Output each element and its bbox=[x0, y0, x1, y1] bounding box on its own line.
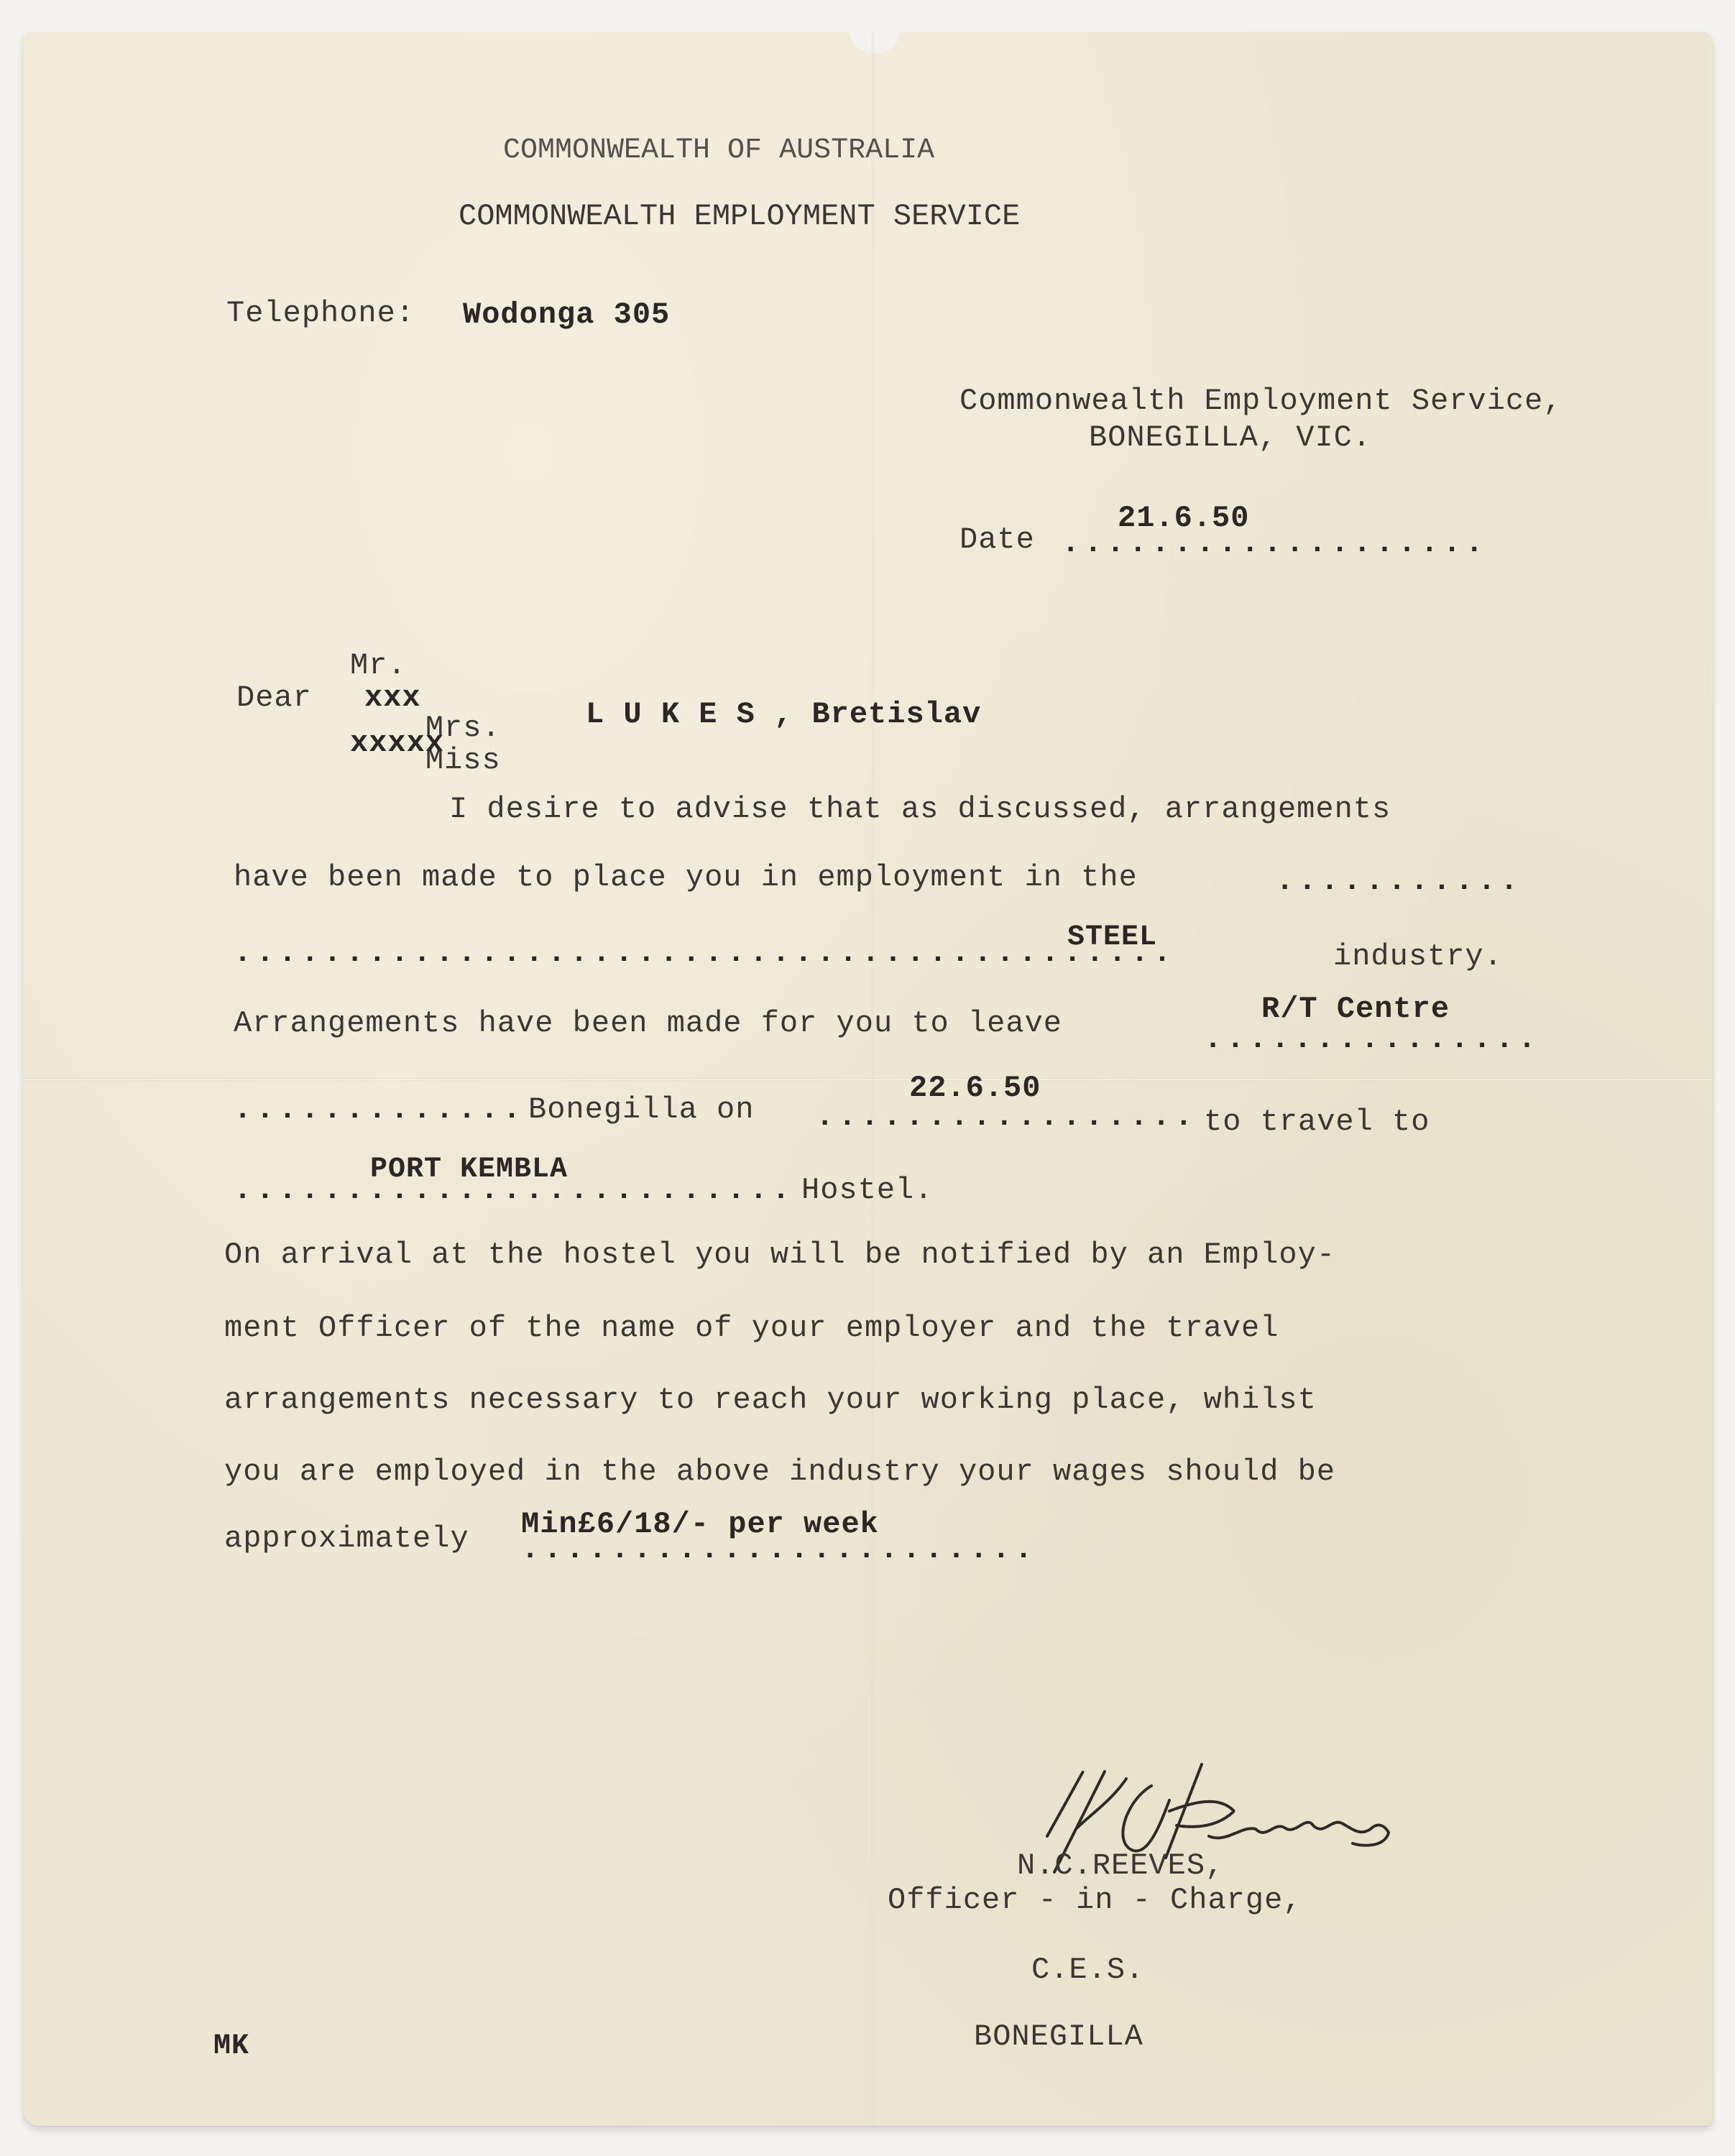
body-line10: you are employed in the above industry y… bbox=[224, 1457, 1335, 1487]
body-line3-end: industry. bbox=[1333, 941, 1503, 972]
address-line1: Commonwealth Employment Service, bbox=[959, 386, 1563, 416]
strike-x-mrs: xxx bbox=[364, 683, 421, 713]
body-line5-mid: Bonegilla on bbox=[528, 1095, 754, 1125]
letterhead-line1: COMMONWEALTH OF AUSTRALIA bbox=[503, 137, 934, 165]
body-line5-dots-b: ................. bbox=[816, 1102, 1197, 1132]
strike-x-miss: xxxxx bbox=[350, 728, 444, 758]
body-line1: I desire to advise that as discussed, ar… bbox=[449, 794, 1391, 824]
body-line6-dots: ......................... bbox=[234, 1175, 794, 1205]
body-line6-end: Hostel. bbox=[801, 1175, 933, 1205]
paper-tear bbox=[850, 31, 900, 52]
reference-initials: MK bbox=[213, 2032, 249, 2061]
body-line8: ment Officer of the name of your employe… bbox=[224, 1313, 1279, 1343]
telephone-value: Wodonga 305 bbox=[463, 300, 670, 330]
body-line5-dots-a: ............. bbox=[234, 1095, 525, 1125]
recipient-name: L U K E S , Bretislav bbox=[586, 699, 981, 729]
date-label: Date bbox=[959, 525, 1035, 555]
title-mr: Mr. bbox=[350, 650, 407, 681]
body-line4: Arrangements have been made for you to l… bbox=[234, 1008, 1062, 1038]
letter-paper: COMMONWEALTH OF AUSTRALIA COMMONWEALTH E… bbox=[23, 32, 1713, 2126]
body-line4-dots: ............... bbox=[1204, 1024, 1540, 1054]
body-line11: approximately bbox=[224, 1524, 469, 1554]
leave-from-value: R/T Centre bbox=[1261, 994, 1450, 1024]
date-dotted-line: ................... bbox=[1062, 528, 1488, 558]
body-line2: have been made to place you in employmen… bbox=[234, 862, 1138, 893]
signatory-name: N.C.REEVES, bbox=[1017, 1851, 1224, 1881]
body-line7: On arrival at the hostel you will be not… bbox=[224, 1240, 1335, 1270]
body-line3-dots: ........................................… bbox=[234, 938, 1176, 968]
body-line11-dots: ....................... bbox=[521, 1534, 1037, 1565]
letterhead-line2: COMMONWEALTH EMPLOYMENT SERVICE bbox=[459, 201, 1020, 231]
horizontal-fold bbox=[23, 1078, 1713, 1081]
signatory-title: Officer - in - Charge, bbox=[888, 1885, 1302, 1915]
leave-date-value: 22.6.50 bbox=[909, 1073, 1041, 1103]
body-line5-end: to travel to bbox=[1204, 1107, 1430, 1137]
signatory-place: BONEGILLA bbox=[974, 2022, 1143, 2052]
body-line2-dots: ........... bbox=[1276, 866, 1522, 896]
signatory-org: C.E.S. bbox=[1031, 1955, 1144, 1985]
telephone-label: Telephone: bbox=[226, 298, 415, 328]
dear-label: Dear bbox=[236, 683, 312, 713]
body-line9: arrangements necessary to reach your wor… bbox=[224, 1385, 1317, 1415]
address-line2: BONEGILLA, VIC. bbox=[1089, 423, 1371, 453]
